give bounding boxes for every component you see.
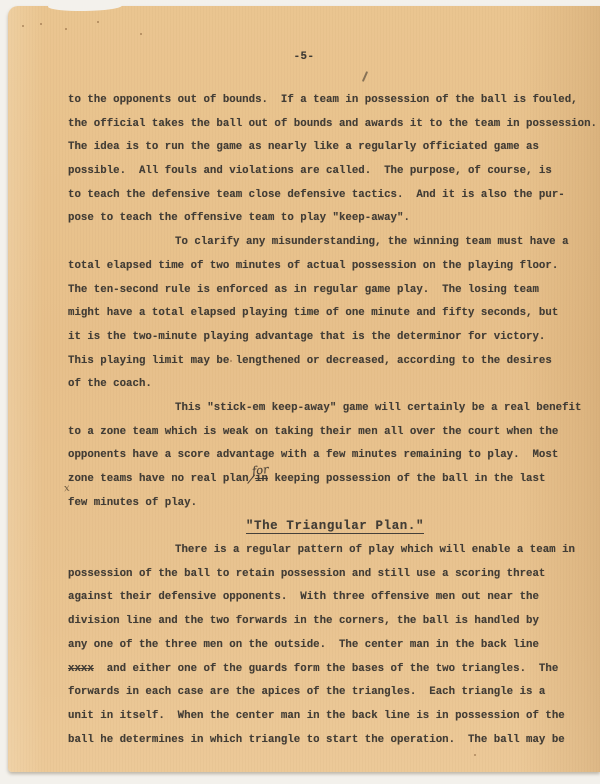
text-line: of the coach.: [68, 373, 600, 397]
paper-speck: [474, 754, 476, 756]
body-text: to the opponents out of bounds. If a tea…: [68, 89, 600, 752]
text-line: There is a regular pattern of play which…: [68, 539, 600, 563]
text-line-edited: zone teams have no real plan /infor keep…: [68, 468, 600, 492]
text-line: possession of the ball to retain possess…: [68, 563, 600, 587]
text-line: opponents have a score advantage with a …: [68, 444, 600, 468]
text-line: against their defensive opponents. With …: [68, 586, 600, 610]
text-line: any one of the three men on the outside.…: [68, 634, 600, 658]
paper-tear: [48, 0, 122, 11]
paper-speck: [22, 25, 24, 27]
paper-speck: [40, 23, 42, 25]
text-line: ball he determines in which triangle to …: [68, 729, 600, 753]
text-line: to teach the defensive team close defens…: [68, 184, 600, 208]
line-text: keeping possession of the ball in the la…: [268, 473, 545, 485]
page-number: -5-: [8, 51, 600, 63]
scanned-document: { "doc": { "page_number": "-5-", "lines"…: [0, 0, 600, 784]
section-heading-text: "The Triangular Plan.": [246, 519, 424, 534]
text-line: possible. All fouls and violations are c…: [68, 160, 600, 184]
text-line: forwards in each case are the apices of …: [68, 681, 600, 705]
handwritten-insertion: for: [251, 458, 270, 484]
text-line: The ten-second rule is enforced as in re…: [68, 279, 600, 303]
text-line: might have a total elapsed playing time …: [68, 302, 600, 326]
edited-word: /infor: [255, 473, 268, 485]
text-line: The idea is to run the game as nearly li…: [68, 136, 600, 160]
text-line: it is the two-minute playing advantage t…: [68, 326, 600, 350]
section-heading: "The Triangular Plan.": [68, 515, 600, 539]
scanned-page: -5- x to the opponents out of bounds. If…: [8, 6, 600, 772]
text-line: To clarify any misunderstanding, the win…: [68, 231, 600, 255]
text-line: to the opponents out of bounds. If a tea…: [68, 89, 600, 113]
pen-mark: [362, 71, 368, 82]
text-line: to a zone team which is weak on taking t…: [68, 421, 600, 445]
line-text: zone teams have no real plan: [68, 473, 255, 485]
text-line-edited: xxxx and either one of the guards form t…: [68, 658, 600, 682]
text-line: pose to teach the offensive team to play…: [68, 207, 600, 231]
paper-speck: [97, 21, 99, 23]
text-line: division line and the two forwards in th…: [68, 610, 600, 634]
text-line: total elapsed time of two minutes of act…: [68, 255, 600, 279]
struck-word: xxxx: [68, 663, 94, 675]
paper-speck: [65, 28, 67, 30]
paper-speck: [140, 33, 142, 35]
text-line: This playing limit may be lengthened or …: [68, 350, 600, 374]
text-line: the official takes the ball out of bound…: [68, 113, 600, 137]
text-line: unit in itself. When the center man in t…: [68, 705, 600, 729]
text-line: few minutes of play.: [68, 492, 600, 516]
line-text: and either one of the guards form the ba…: [94, 663, 558, 675]
text-line: This "stick-em keep-away" game will cert…: [68, 397, 600, 421]
